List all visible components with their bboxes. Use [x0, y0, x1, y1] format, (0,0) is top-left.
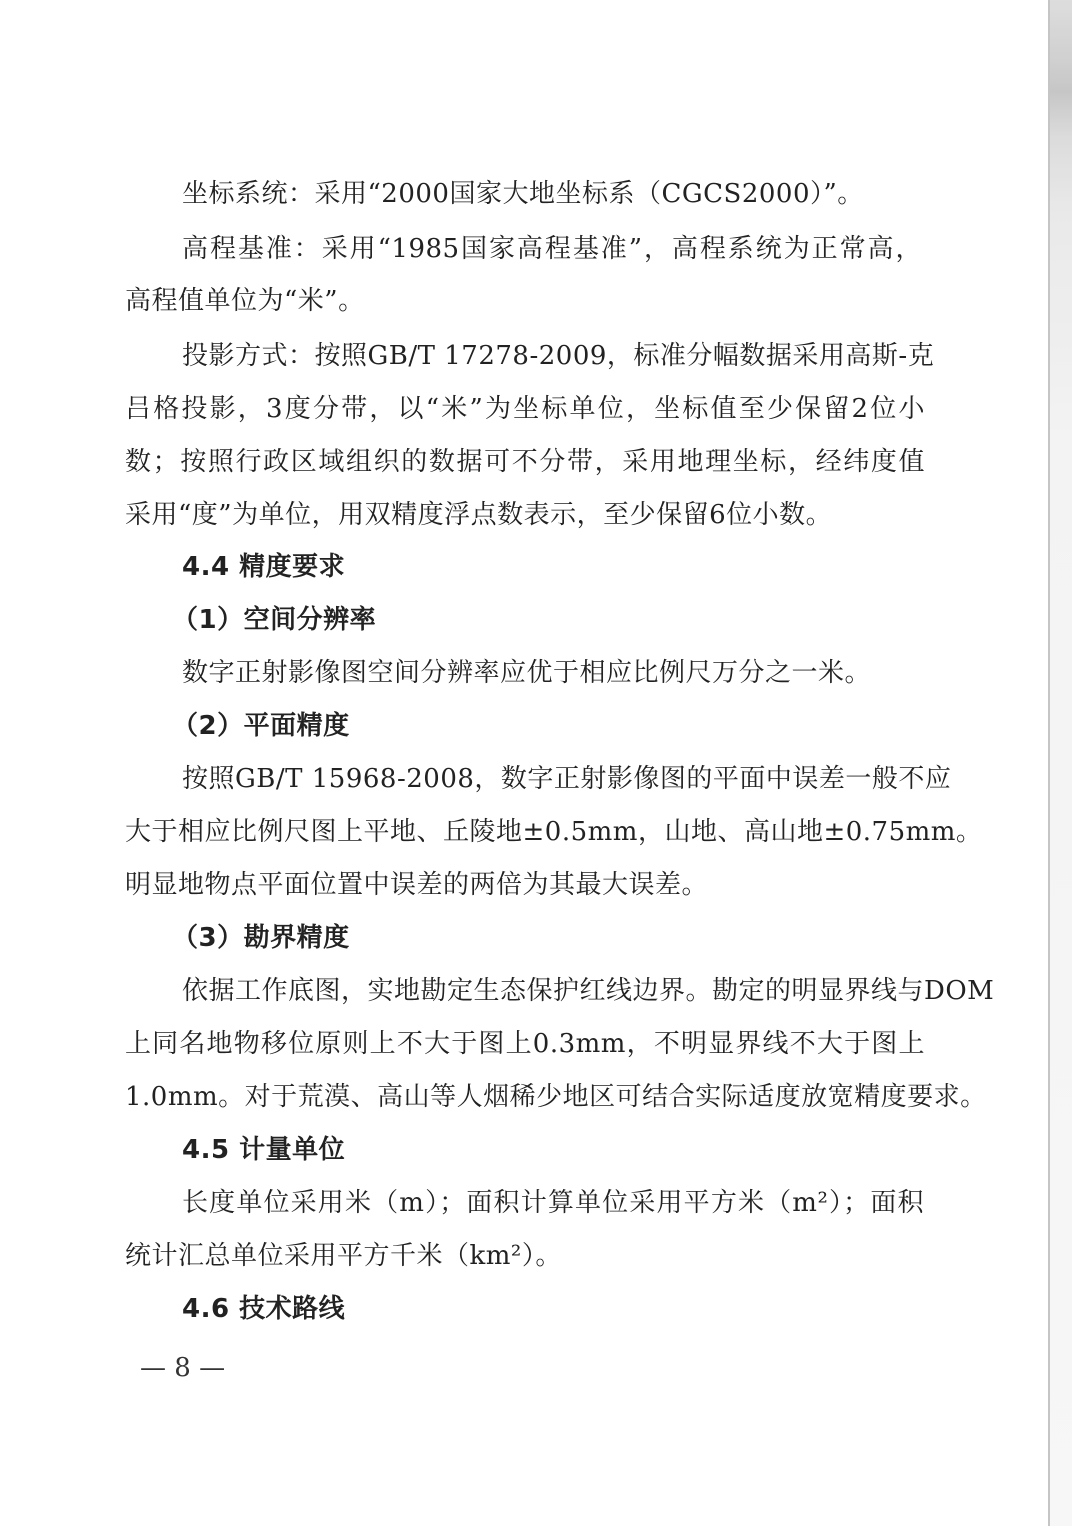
projection-line-3: 数；按照行政区域组织的数据可不分带，采用地理坐标，经纬度值 — [125, 446, 925, 478]
elevation-datum-line-2: 高程值单位为“米”。 — [125, 285, 365, 317]
projection-line-1: 投影方式：按照GB/T 17278-2009，标准分幅数据采用高斯-克 — [182, 340, 924, 372]
subheading-boundary-accuracy: （3）勘界精度 — [172, 922, 350, 954]
spatial-resolution-text: 数字正射影像图空间分辨率应优于相应比例尺万分之一米。 — [182, 657, 871, 689]
subheading-spatial-resolution: （1）空间分辨率 — [172, 604, 376, 636]
units-line-1: 长度单位采用米（m）；面积计算单位采用平方米（m²）；面积 — [182, 1187, 924, 1219]
planar-accuracy-line-1: 按照GB/T 15968-2008，数字正射影像图的平面中误差一般不应 — [182, 763, 924, 795]
page-number: — 8 — — [140, 1352, 225, 1384]
scanner-edge-artifact — [1048, 0, 1072, 1526]
subheading-planar-accuracy: （2）平面精度 — [172, 710, 350, 742]
boundary-accuracy-line-2: 上同名地物移位原则上不大于图上0.3mm，不明显界线不大于图上 — [125, 1028, 925, 1060]
boundary-accuracy-line-3: 1.0mm。对于荒漠、高山等人烟稀少地区可结合实际适度放宽精度要求。 — [125, 1081, 925, 1113]
units-line-2: 统计汇总单位采用平方千米（km²）。 — [125, 1240, 562, 1272]
section-heading-4-6: 4.6 技术路线 — [182, 1293, 345, 1325]
elevation-datum-line-1: 高程基准：采用“1985国家高程基准”，高程系统为正常高， — [182, 233, 922, 265]
boundary-accuracy-line-1: 依据工作底图，实地勘定生态保护红线边界。勘定的明显界线与DOM — [182, 975, 924, 1007]
section-heading-4-4: 4.4 精度要求 — [182, 551, 345, 583]
projection-line-2: 吕格投影，3度分带，以“米”为坐标单位，坐标值至少保留2位小 — [125, 393, 925, 425]
document-page: 坐标系统：采用“2000国家大地坐标系（CGCS2000）”。 高程基准：采用“… — [0, 0, 1080, 1526]
projection-line-4: 采用“度”为单位，用双精度浮点数表示，至少保留6位小数。 — [125, 499, 832, 531]
planar-accuracy-line-2: 大于相应比例尺图上平地、丘陵地±0.5mm，山地、高山地±0.75mm。 — [125, 816, 925, 848]
coordinate-system-line: 坐标系统：采用“2000国家大地坐标系（CGCS2000）”。 — [182, 178, 864, 210]
planar-accuracy-line-3: 明显地物点平面位置中误差的两倍为其最大误差。 — [125, 869, 708, 901]
section-heading-4-5: 4.5 计量单位 — [182, 1134, 345, 1166]
